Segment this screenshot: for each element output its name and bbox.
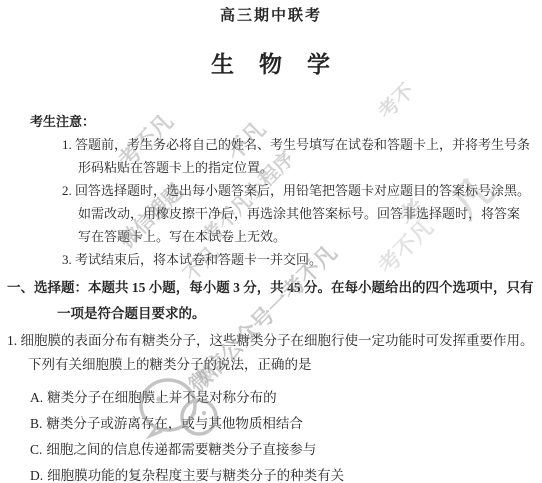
option-row-c: C.细胞之间的信息传递都需要糖类分子直接参与 — [30, 437, 535, 463]
option-label-c: C. — [30, 442, 42, 457]
option-text-d: 细胞膜功能的复杂程度主要与糖类分子的种类有关 — [47, 468, 344, 483]
option-text-b: 糖类分子或游离存在，或与其他物质相结合 — [46, 416, 303, 431]
section-heading: 一、选择题：本题共 15 小题，每小题 3 分，共 45 分。在每小题给出的四个… — [7, 275, 535, 327]
option-row-b: B.糖类分子或游离存在，或与其他物质相结合 — [30, 411, 535, 437]
option-row-a: A.糖类分子在细胞膜上并不是对称分布的 — [30, 385, 535, 411]
notice-item-1: 1. 答题前，考生务必将自己的姓名、考生号填写在试卷和答题卡上，并将考生号条形码… — [30, 133, 530, 179]
question-1-stem: 1. 细胞膜的表面分布有糖类分子，这些糖类分子在细胞行使一定功能时可发挥重要作用… — [7, 329, 535, 377]
subject-title: 生 物 学 — [0, 50, 542, 80]
option-text-c: 细胞之间的信息传递都需要糖类分子直接参与 — [46, 442, 316, 457]
option-text-a: 糖类分子在细胞膜上并不是对称分布的 — [47, 390, 277, 405]
notice-section: 考生注意： 1. 答题前，考生务必将自己的姓名、考生号填写在试卷和答题卡上，并将… — [30, 110, 530, 271]
exam-title: 高三期中联考 — [0, 6, 542, 26]
option-label-b: B. — [30, 416, 42, 431]
question-1-options: A.糖类分子在细胞膜上并不是对称分布的 B.糖类分子或游离存在，或与其他物质相结… — [30, 385, 535, 483]
exam-paper-page: 考不凡不凡微信搜题考不凡小程序考不凡考考不凡不凡微信公众号一考不凡微 高三期中联… — [0, 0, 542, 483]
notice-item-3: 3. 考试结束后，将本试卷和答题卡一并交回。 — [30, 248, 530, 271]
option-label-a: A. — [30, 390, 43, 405]
option-label-d: D. — [30, 468, 43, 483]
option-row-d: D.细胞膜功能的复杂程度主要与糖类分子的种类有关 — [30, 463, 535, 483]
notice-item-2: 2. 回答选择题时，选出每小题答案后，用铅笔把答题卡对应题目的答案标号涂黑。如需… — [30, 179, 530, 248]
notice-heading: 考生注意： — [30, 110, 530, 133]
